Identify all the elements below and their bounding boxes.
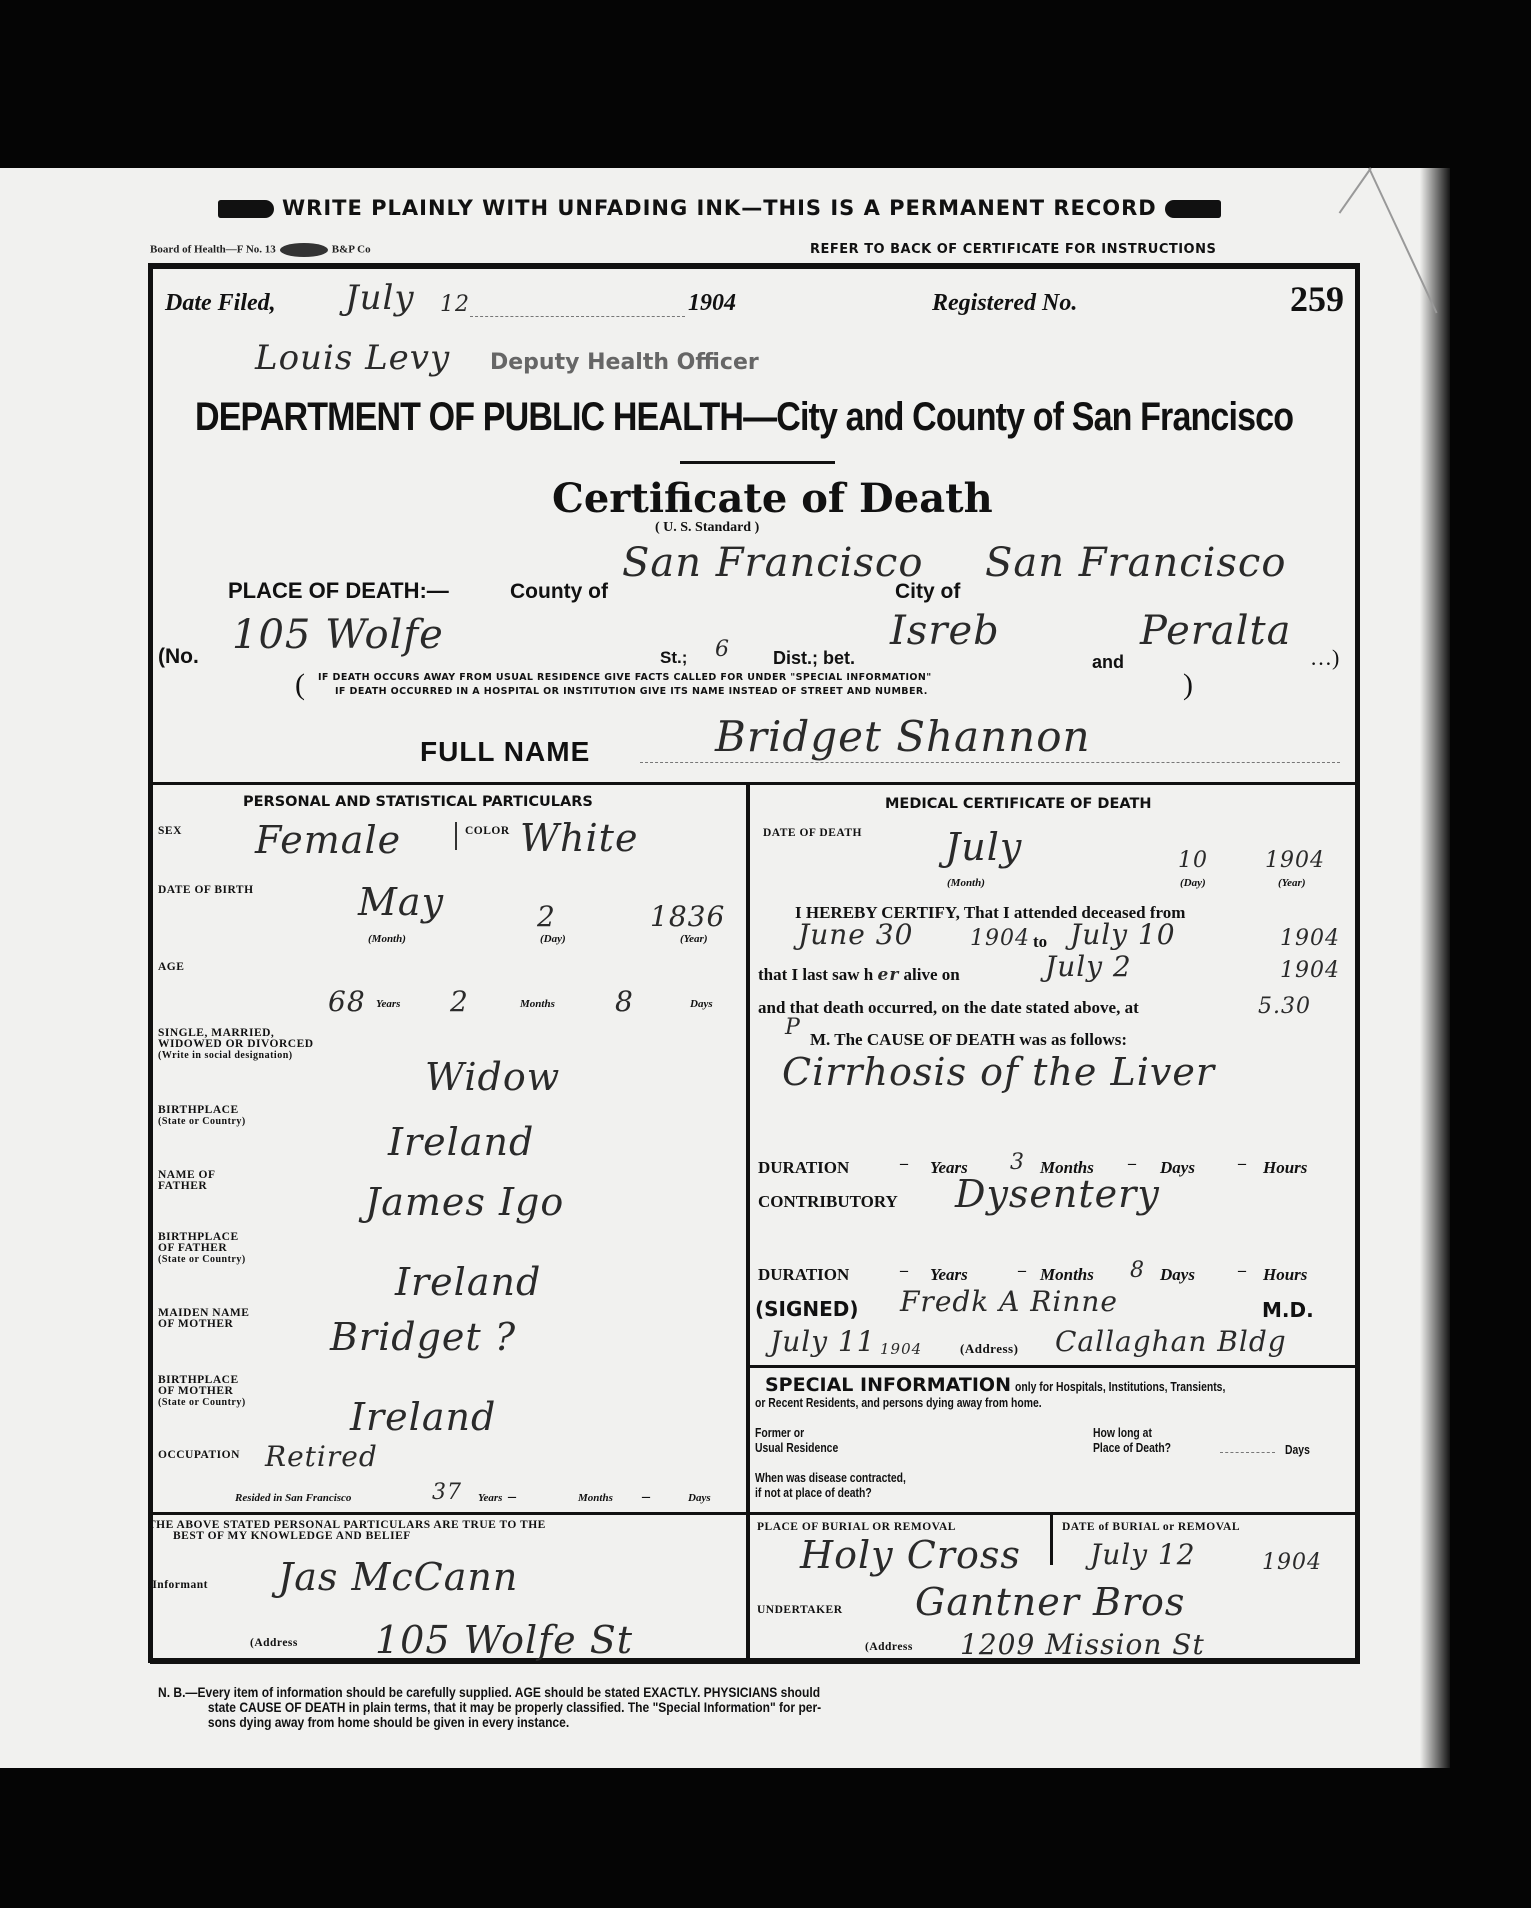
color-label: COLOR <box>465 826 510 837</box>
county-value: San Francisco <box>622 540 923 586</box>
sex-value: Female <box>255 818 401 862</box>
date-of-death-label: DATE OF DEATH <box>763 828 862 839</box>
age-days-caption: Days <box>690 998 713 1010</box>
former-residence-label: Former or Usual Residence <box>755 1425 838 1455</box>
date-filed-year: 1904 <box>688 290 736 317</box>
district-label: Dist.; bet. <box>773 648 855 669</box>
board-form-text: Board of Health—F No. 13 <box>150 244 276 256</box>
burial-place-label: PLACE OF BURIAL OR REMOVAL <box>757 1522 956 1533</box>
occupation-value: Retired <box>265 1440 378 1473</box>
duration-2-days-caption: Days <box>1160 1265 1195 1285</box>
birthplace-label-line: BIRTHPLACE <box>158 1105 246 1116</box>
former-label-line: Usual Residence <box>755 1440 838 1455</box>
city-value: San Francisco <box>985 540 1286 586</box>
resided-days: – <box>642 1488 650 1506</box>
duration-days-caption: Days <box>1160 1158 1195 1178</box>
contracted-label-line: if not at place of death? <box>755 1485 906 1500</box>
section-divider <box>150 782 1360 785</box>
age-months: 2 <box>450 985 469 1018</box>
printer-text: B&P Co <box>332 244 371 256</box>
burial-place: Holy Cross <box>800 1533 1021 1577</box>
duration-years: – <box>900 1155 908 1173</box>
note-close-paren: ) <box>1183 668 1193 702</box>
resided-years-caption: Years <box>478 1492 502 1504</box>
dob-day-caption: (Day) <box>540 933 566 945</box>
duration-2-months-caption: Months <box>1040 1265 1094 1285</box>
last-saw-label: that I last saw h er alive on <box>758 965 960 985</box>
street-value: 105 Wolfe <box>232 612 444 658</box>
informant-address-label: (Address <box>250 1638 298 1649</box>
title-divider <box>680 461 835 464</box>
dob-year-caption: (Year) <box>680 933 708 945</box>
board-form-number: Board of Health—F No. 13B&P Co <box>150 243 371 257</box>
duration-hours-caption: Hours <box>1263 1158 1307 1178</box>
special-info-divider <box>750 1365 1360 1368</box>
age-label: AGE <box>158 962 184 973</box>
street-number-label: (No. <box>158 645 199 669</box>
duration-2-label: DURATION <box>758 1265 849 1285</box>
age-months-caption: Months <box>520 998 555 1010</box>
personal-heading: PERSONAL AND STATISTICAL PARTICULARS <box>243 794 593 810</box>
father-name-value: James Igo <box>365 1180 564 1224</box>
mother-bp-label-line: OF MOTHER <box>158 1386 246 1397</box>
meridiem: P <box>785 1015 801 1040</box>
pointing-hand-icon <box>1165 200 1221 218</box>
dob-month-caption: (Month) <box>368 933 406 945</box>
attended-from: June 30 <box>798 918 913 951</box>
undertaker-address: 1209 Mission St <box>960 1628 1205 1661</box>
last-saw-date: July 2 <box>1045 950 1132 983</box>
mother-birthplace-label: BIRTHPLACE OF MOTHER (State or Country) <box>158 1375 246 1408</box>
burial-date: July 12 <box>1090 1538 1196 1571</box>
footnote: N. B.—Every item of information should b… <box>158 1685 821 1730</box>
contracted-label-line: When was disease contracted, <box>755 1470 906 1485</box>
informant-address: 105 Wolfe St <box>375 1618 633 1662</box>
cause-label: M. The CAUSE OF DEATH was as follows: <box>810 1030 1127 1050</box>
date-filed-label: Date Filed, <box>165 290 276 317</box>
date-of-death-year: 1904 <box>1265 848 1325 873</box>
column-divider <box>746 784 750 1664</box>
date-filed-line <box>470 316 685 317</box>
top-banner: WRITE PLAINLY WITH UNFADING INK—THIS IS … <box>210 196 1229 220</box>
father-bp-label-line: OF FATHER <box>158 1243 246 1254</box>
mother-bp-label-line: (State or Country) <box>158 1397 246 1408</box>
refer-instructions: REFER TO BACK OF CERTIFICATE FOR INSTRUC… <box>810 242 1216 257</box>
union-stamp-icon <box>280 243 328 257</box>
duration-2-years: – <box>900 1262 908 1280</box>
contributory-cause: Dysentery <box>955 1172 1160 1216</box>
residence-note-2: IF DEATH OCCURRED IN A HOSPITAL OR INSTI… <box>335 686 928 697</box>
father-bp-label-line: (State or Country) <box>158 1254 246 1265</box>
former-label-line: Former or <box>755 1425 838 1440</box>
dod-year-caption: (Year) <box>1278 877 1306 889</box>
color-value: White <box>520 816 638 860</box>
to-label: to <box>1033 932 1047 952</box>
place-of-death-label: PLACE OF DEATH:— <box>228 578 449 604</box>
burial-divider <box>750 1512 1360 1515</box>
mother-name-label: MAIDEN NAME OF MOTHER <box>158 1308 249 1330</box>
last-saw-text: that I last saw h <box>758 965 873 984</box>
dob-year: 1836 <box>650 900 725 933</box>
burial-column-divider <box>1050 1515 1053 1565</box>
occurred-label: and that death occurred, on the date sta… <box>758 998 1139 1018</box>
certificate-title: Certificate of Death <box>552 475 993 522</box>
attended-to-year: 1904 <box>1280 926 1340 951</box>
date-of-death-month: July <box>945 825 1022 869</box>
physician-address-label: (Address) <box>960 1343 1018 1354</box>
residence-note-1: IF DEATH OCCURS AWAY FROM USUAL RESIDENC… <box>318 672 932 683</box>
father-name-label: NAME OF FATHER <box>158 1170 215 1192</box>
mother-birthplace-value: Ireland <box>350 1395 496 1439</box>
occupation-label: OCCUPATION <box>158 1450 240 1461</box>
marital-label-line: (Write in social designation) <box>158 1050 314 1061</box>
undertaker-address-label: (Address <box>865 1642 913 1653</box>
marital-value: Widow <box>425 1055 560 1099</box>
resided-label: Resided in San Francisco <box>235 1492 351 1504</box>
last-saw-year: 1904 <box>1280 958 1340 983</box>
days-label: Days <box>1285 1442 1310 1457</box>
informant-divider <box>150 1512 746 1515</box>
full-name-label: FULL NAME <box>420 736 590 768</box>
full-name-value: Bridget Shannon <box>715 712 1091 761</box>
dod-day-caption: (Day) <box>1180 877 1206 889</box>
registered-label: Registered No. <box>932 290 1077 317</box>
age-years-caption: Years <box>376 998 400 1010</box>
certificate-subtitle: ( U. S. Standard ) <box>655 520 759 536</box>
father-label-line: FATHER <box>158 1181 215 1192</box>
burial-year: 1904 <box>1262 1550 1322 1575</box>
street-label: St.; <box>660 648 687 668</box>
medical-heading: MEDICAL CERTIFICATE OF DEATH <box>885 796 1152 812</box>
informant-statement-line: BEST OF MY KNOWLEDGE AND BELIEF <box>148 1531 546 1542</box>
pointing-hand-icon <box>218 200 274 218</box>
duration-2-hours: – <box>1238 1262 1246 1280</box>
signed-label: (SIGNED) <box>755 1297 859 1321</box>
age-days: 8 <box>615 985 634 1018</box>
birthplace-label: BIRTHPLACE (State or Country) <box>158 1105 246 1127</box>
mother-label-line: OF MOTHER <box>158 1319 249 1330</box>
footnote-line: sons dying away from home should be give… <box>158 1715 821 1730</box>
ward-value: 6 <box>715 637 730 662</box>
birthplace-value: Ireland <box>388 1120 534 1164</box>
dob-day: 2 <box>537 900 556 933</box>
between-street-2: Peralta <box>1140 608 1291 654</box>
mother-name-value: Bridget ? <box>330 1315 516 1359</box>
informant-name: Jas McCann <box>278 1555 518 1599</box>
duration-hours: – <box>1238 1155 1246 1173</box>
duration-days: – <box>1128 1155 1136 1173</box>
duration-2-hours-caption: Hours <box>1263 1265 1307 1285</box>
duration-2-days: 8 <box>1130 1258 1145 1283</box>
resided-years: 37 <box>432 1480 462 1505</box>
date-filed-month: July <box>345 278 415 318</box>
note-open-paren: ( <box>295 668 305 702</box>
department-title: DEPARTMENT OF PUBLIC HEALTH—City and Cou… <box>195 395 1293 440</box>
city-label: City of <box>895 580 960 604</box>
undertaker-label: UNDERTAKER <box>757 1605 843 1616</box>
physician-address: Callaghan Bldg <box>1055 1325 1287 1358</box>
special-info-note: only for Hospitals, Institutions, Transi… <box>1015 1379 1225 1394</box>
duration-label: DURATION <box>758 1158 849 1178</box>
footnote-line: N. B.—Every item of information should b… <box>158 1685 821 1700</box>
registered-number: 259 <box>1290 278 1344 320</box>
dob-month: May <box>358 880 444 924</box>
how-long-line <box>1220 1452 1275 1453</box>
banner-text: WRITE PLAINLY WITH UNFADING INK—THIS IS … <box>282 196 1157 220</box>
informant-label: (Informant <box>148 1580 208 1591</box>
special-info-note-2: or Recent Residents, and persons dying a… <box>755 1395 1042 1410</box>
sex-label: SEX <box>158 826 182 837</box>
alive-on-text: alive on <box>904 965 960 984</box>
paper-edge-shadow <box>1420 168 1450 1768</box>
father-birthplace-value: Ireland <box>395 1260 541 1304</box>
close-paren: …) <box>1310 645 1339 671</box>
health-officer-title: Deputy Health Officer <box>490 350 759 375</box>
resided-days-caption: Days <box>688 1492 711 1504</box>
and-label: and <box>1092 652 1124 673</box>
resided-months-caption: Months <box>578 1492 613 1504</box>
cause-of-death: Cirrhosis of the Liver <box>782 1050 1215 1094</box>
resided-months: – <box>508 1488 516 1506</box>
undertaker: Gantner Bros <box>915 1580 1185 1624</box>
between-street-1: Isreb <box>890 608 1000 654</box>
time-of-death: 5.30 <box>1258 994 1311 1019</box>
age-years: 68 <box>328 985 366 1018</box>
date-filed-day: 12 <box>440 292 470 317</box>
how-long-label-line: How long at <box>1093 1425 1171 1440</box>
sex-color-divider <box>455 822 457 850</box>
physician-signature: Fredk A Rinne <box>900 1285 1118 1318</box>
special-info-heading: SPECIAL INFORMATION only for Hospitals, … <box>765 1374 1278 1396</box>
duration-2-months: – <box>1018 1262 1026 1280</box>
attended-from-year: 1904 <box>970 926 1030 951</box>
dod-month-caption: (Month) <box>947 877 985 889</box>
marital-label: SINGLE, MARRIED, WIDOWED OR DIVORCED (Wr… <box>158 1028 314 1061</box>
md-label: M.D. <box>1262 1298 1314 1322</box>
special-info-title: SPECIAL INFORMATION <box>765 1374 1011 1396</box>
attended-to: July 10 <box>1070 918 1176 951</box>
full-name-line <box>640 762 1340 763</box>
signed-date: July 11 <box>770 1325 876 1358</box>
date-of-death-day: 10 <box>1178 848 1208 873</box>
county-label: County of <box>510 580 608 604</box>
burial-date-label: DATE of BURIAL or REMOVAL <box>1062 1522 1240 1533</box>
duration-2-years-caption: Years <box>930 1265 968 1285</box>
contributory-label: CONTRIBUTORY <box>758 1192 898 1212</box>
last-saw-pronoun: er <box>878 965 900 985</box>
father-birthplace-label: BIRTHPLACE OF FATHER (State or Country) <box>158 1232 246 1265</box>
how-long-label: How long at Place of Death? <box>1093 1425 1171 1455</box>
health-officer-signature: Louis Levy <box>255 338 450 378</box>
dob-label: DATE OF BIRTH <box>158 885 254 896</box>
informant-statement: THE ABOVE STATED PERSONAL PARTICULARS AR… <box>148 1520 546 1542</box>
birthplace-label-line: (State or Country) <box>158 1116 246 1127</box>
footnote-line: state CAUSE OF DEATH in plain terms, tha… <box>158 1700 821 1715</box>
signed-year: 1904 <box>880 1340 922 1358</box>
how-long-label-line: Place of Death? <box>1093 1440 1171 1455</box>
contracted-label: When was disease contracted, if not at p… <box>755 1470 906 1500</box>
marital-label-line: WIDOWED OR DIVORCED <box>158 1039 314 1050</box>
